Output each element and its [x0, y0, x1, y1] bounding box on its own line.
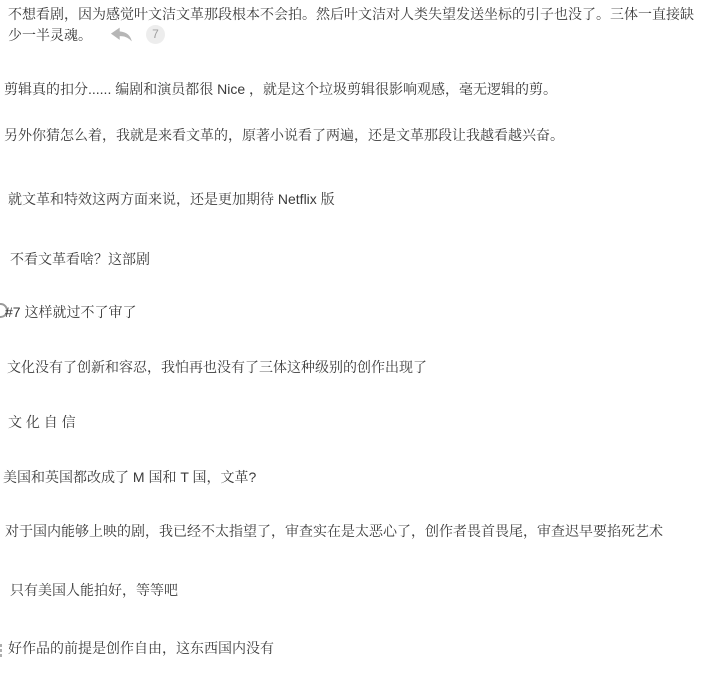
- comment-text: 就文革和特效这两方面来说，还是更加期待 Netflix 版: [8, 189, 335, 210]
- comment-text: 文化没有了创新和容忍，我怕再也没有了三体这种级别的创作出现了: [7, 357, 427, 378]
- comment-text: 只有美国人能拍好，等等吧: [10, 580, 178, 601]
- comment-text: 不看文革看啥？这部剧: [10, 249, 150, 270]
- cropped-edge-fragment: [0, 644, 2, 657]
- comment-text: 好作品的前提是创作自由，这东西国内没有: [8, 638, 274, 659]
- comment-line: 不想看剧，因为感觉叶文洁文革那段根本不会拍。然后叶文洁对人类失望发送坐标的引子也…: [8, 4, 694, 25]
- comment-text: 另外你猜怎么着，我就是来看文革的，原著小说看了两遍，还是文革那段让我越看越兴奋。: [4, 125, 564, 146]
- comment-text: 文 化 自 信: [8, 412, 76, 433]
- comment-text: #7 这样就过不了审了: [5, 302, 136, 323]
- reply-count-badge[interactable]: 7: [146, 25, 165, 44]
- comment-text: 剪辑真的扣分...... 编剧和演员都很 Nice ，就是这个垃圾剪辑很影响观感…: [4, 79, 557, 100]
- comments-list: 不想看剧，因为感觉叶文洁文革那段根本不会拍。然后叶文洁对人类失望发送坐标的引子也…: [0, 0, 705, 700]
- comment-text: 美国和英国都改成了 M 国和 T 国，文革?: [3, 467, 256, 488]
- comment-text: 对于国内能够上映的剧，我已经不太指望了，审查实在是太恶心了，创作者畏首畏尾，审查…: [5, 521, 663, 542]
- reply-icon[interactable]: [110, 27, 134, 42]
